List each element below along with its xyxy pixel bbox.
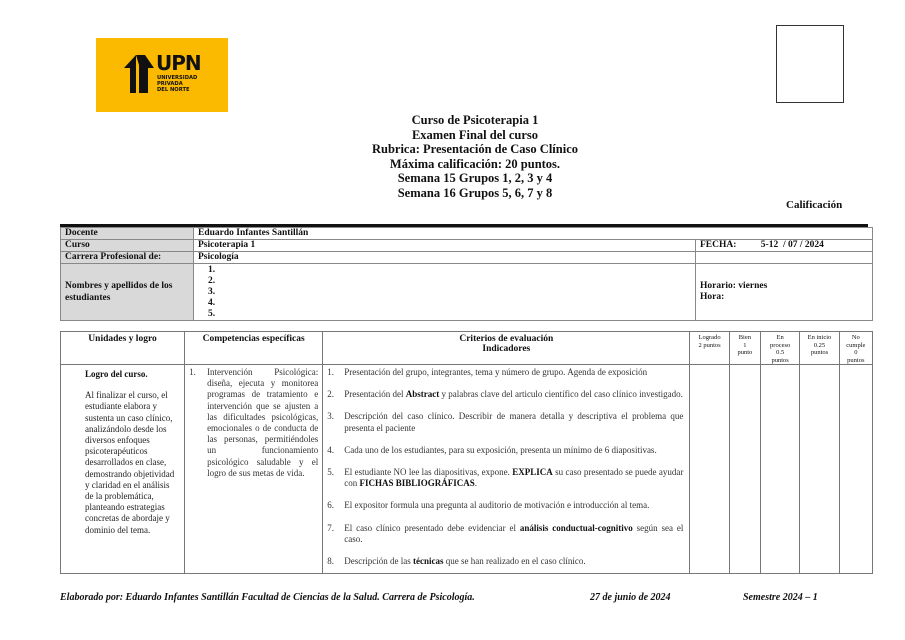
criterio-number: 4. [327, 445, 344, 456]
title-line: Curso de Psicoterapia 1 [300, 113, 650, 128]
competencia-text: Intervención Psicológica: diseña, ejecut… [207, 367, 318, 479]
carrera-value: Psicología [194, 252, 696, 264]
students-list: 1. 2. 3. 4. 5. [194, 264, 696, 321]
student-slot[interactable]: 1. [208, 265, 691, 276]
hora-text: Hora: [700, 292, 868, 303]
criterio-item: 8.Descripción de las técnicas que se han… [327, 556, 683, 567]
logo-subtitle: UNIVERSIDAD PRIVADA DEL NORTE [157, 75, 197, 94]
criterio-text: Presentación del grupo, integrantes, tem… [344, 367, 647, 378]
fecha-label: FECHA: [700, 240, 736, 250]
upn-logo: UPN UNIVERSIDAD PRIVADA DEL NORTE [96, 38, 228, 112]
level-header: Nocumple0puntos [839, 332, 872, 365]
criterio-text: Descripción de las técnicas que se han r… [344, 556, 585, 567]
logro-cell: Logro del curso. Al finalizar el curso, … [61, 365, 185, 574]
empty-cell [696, 252, 873, 264]
criterio-item: 5.El estudiante NO lee las diapositivas,… [327, 467, 683, 489]
criterio-text: El caso clínico presentado debe evidenci… [344, 523, 683, 545]
grade-label: Calificación [786, 199, 842, 211]
competencia-cell: 1. Intervención Psicológica: diseña, eje… [185, 365, 323, 574]
curso-value: Psicoterapia 1 [194, 240, 696, 252]
header-criterios: Criterios de evaluación Indicadores [323, 332, 690, 365]
criterio-text: Cada uno de los estudiantes, para su exp… [344, 445, 656, 456]
logro-text: Al finalizar el curso, el estudiante ela… [85, 390, 178, 536]
criterio-number: 8. [327, 556, 344, 567]
level-header: Bien1punto [729, 332, 760, 365]
table-row: Curso Psicoterapia 1 FECHA: 5-12 / 07 / … [61, 240, 873, 252]
curso-label: Curso [61, 240, 194, 252]
criterio-text: El estudiante NO lee las diapositivas, e… [344, 467, 683, 489]
docente-value: Eduardo Infantes Santillán [194, 228, 873, 240]
horario-text: Horario: viernes [700, 281, 868, 292]
criterios-title: Criterios de evaluación [325, 334, 687, 344]
footer-semester: Semestre 2024 – 1 [743, 592, 818, 603]
header-unidades: Unidades y logro [61, 332, 185, 365]
student-slot[interactable]: 5. [208, 309, 691, 320]
title-line: Rubrica: Presentación de Caso Clínico [300, 142, 650, 157]
criterio-text: El expositor formula una pregunta al aud… [344, 500, 649, 511]
criterio-number: 7. [327, 523, 344, 545]
footer-author: Elaborado por: Eduardo Infantes Santillá… [60, 592, 475, 603]
criterio-number: 6. [327, 500, 344, 511]
level-header: Enproceso0.5puntos [761, 332, 800, 365]
criterio-number: 1. [327, 367, 344, 378]
title-line: Semana 16 Grupos 5, 6, 7 y 8 [300, 186, 650, 201]
criterio-number: 2. [327, 389, 344, 400]
table-row: Docente Eduardo Infantes Santillán [61, 228, 873, 240]
criterio-item: 2.Presentación del Abstract y palabras c… [327, 389, 683, 400]
title-line: Semana 15 Grupos 1, 2, 3 y 4 [300, 171, 650, 186]
student-slot[interactable]: 3. [208, 287, 691, 298]
criterio-number: 3. [327, 411, 344, 433]
indicadores-title: Indicadores [325, 344, 687, 354]
table-row: Nombres y apellidos de los estudiantes 1… [61, 264, 873, 321]
score-cell-en-proceso[interactable] [761, 365, 800, 574]
header-competencias: Competencias específicas [185, 332, 323, 365]
competencia-number: 1. [189, 367, 207, 479]
score-cell-bien[interactable] [729, 365, 760, 574]
criterio-text: Presentación del Abstract y palabras cla… [344, 389, 683, 400]
fecha-value: 5-12 / 07 / 2024 [761, 240, 824, 250]
criterio-item: 1.Presentación del grupo, integrantes, t… [327, 367, 683, 378]
score-cell-logrado[interactable] [690, 365, 729, 574]
score-cell-en-inicio[interactable] [800, 365, 839, 574]
title-line: Examen Final del curso [300, 128, 650, 143]
criterio-item: 7.El caso clínico presentado debe eviden… [327, 523, 683, 545]
rubric-table: Unidades y logro Competencias específica… [60, 331, 873, 574]
students-label: Nombres y apellidos de los estudiantes [61, 264, 194, 321]
criterio-item: 4.Cada uno de los estudiantes, para su e… [327, 445, 683, 456]
rubric-header-row: Unidades y logro Competencias específica… [61, 332, 873, 365]
table-row: Carrera Profesional de: Psicología [61, 252, 873, 264]
level-header: En inicio0.25puntos [800, 332, 839, 365]
logo-line: DEL NORTE [157, 87, 197, 93]
logro-title: Logro del curso. [85, 369, 178, 380]
footer-date: 27 de junio de 2024 [590, 592, 671, 603]
student-slot[interactable]: 4. [208, 298, 691, 309]
docente-label: Docente [61, 228, 194, 240]
schedule-cell: Horario: viernes Hora: [696, 264, 873, 321]
document-title: Curso de Psicoterapia 1 Examen Final del… [300, 113, 650, 200]
criterio-item: 3.Descripción del caso clínico. Describi… [327, 411, 683, 433]
carrera-label: Carrera Profesional de: [61, 252, 194, 264]
grade-box[interactable] [776, 25, 844, 103]
rubric-body-row: Logro del curso. Al finalizar el curso, … [61, 365, 873, 574]
criterio-text: Descripción del caso clínico. Describir … [344, 411, 683, 433]
fecha-cell: FECHA: 5-12 / 07 / 2024 [696, 240, 873, 252]
criterio-item: 6.El expositor formula una pregunta al a… [327, 500, 683, 511]
logo-brand: UPN [156, 52, 201, 74]
criterios-cell: 1.Presentación del grupo, integrantes, t… [323, 365, 690, 574]
title-line: Máxima calificación: 20 puntos. [300, 157, 650, 172]
score-cell-no-cumple[interactable] [839, 365, 872, 574]
level-header: Logrado2 puntos [690, 332, 729, 365]
info-table: Docente Eduardo Infantes Santillán Curso… [60, 227, 873, 321]
student-slot[interactable]: 2. [208, 276, 691, 287]
criterio-number: 5. [327, 467, 344, 489]
